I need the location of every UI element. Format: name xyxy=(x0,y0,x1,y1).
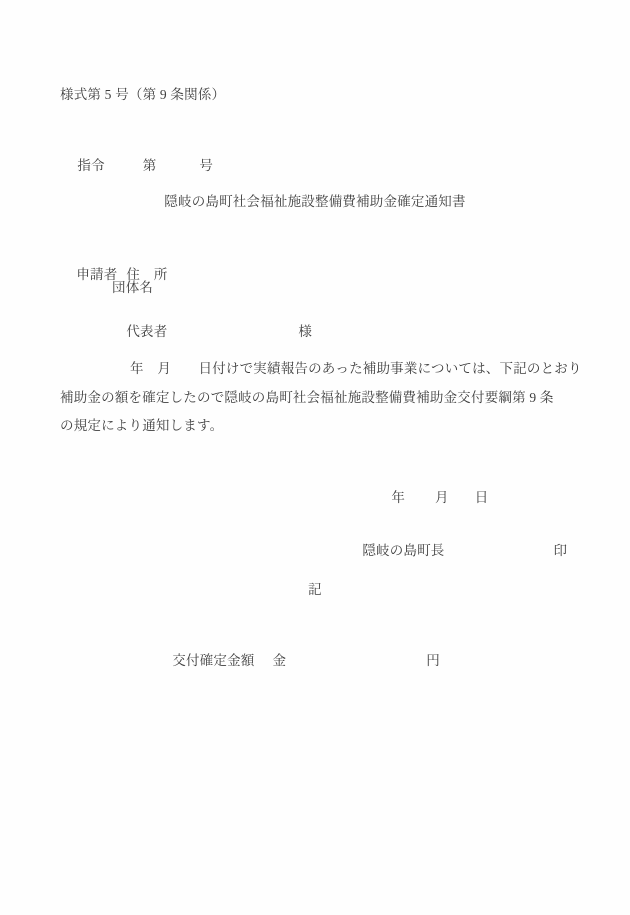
issue-date-year-label: 年 xyxy=(391,490,405,505)
document-page: 様式第 5 号（第 9 条関係） 指令第号 隠岐の島町社会福祉施設整備費補助金確… xyxy=(0,0,630,915)
applicant-organization-row: 団体名 xyxy=(112,280,153,296)
confirmed-amount-label: 交付確定金額 xyxy=(172,653,254,668)
amount-currency-suffix: 円 xyxy=(426,653,440,669)
applicant-honorific: 様 xyxy=(298,324,312,340)
body-paragraph-line3: の規定により通知します。 xyxy=(60,418,223,434)
signer-title: 隠岐の島町長 xyxy=(362,543,444,558)
issue-date-day-label: 日 xyxy=(475,490,489,506)
body-paragraph-line1: 年 月 日付けで実績報告のあった補助事業については、下記のとおり xyxy=(60,361,582,377)
amount-currency-prefix: 金 xyxy=(273,653,287,669)
signer-line: 隠岐の島町長印 xyxy=(348,527,567,576)
issue-date-line: 年月日 xyxy=(377,474,488,523)
directive-number-suffix: 号 xyxy=(199,158,213,174)
issue-date-month-label: 月 xyxy=(435,490,449,506)
applicant-representative-row: 代表者様 xyxy=(112,308,312,357)
seal-mark: 印 xyxy=(554,543,568,559)
directive-number-prefix: 第 xyxy=(143,158,157,174)
applicant-representative-label: 代表者 xyxy=(126,324,167,339)
body-paragraph-line2: 補助金の額を確定したので隠岐の島町社会福祉施設整備費補助金交付要綱第 9 条 xyxy=(60,390,554,406)
confirmed-amount-line: 交付確定金額金円 xyxy=(158,637,440,686)
section-marker: 記 xyxy=(0,582,630,598)
document-title: 隠岐の島町社会福祉施設整備費補助金確定通知書 xyxy=(0,194,630,210)
directive-number-line: 指令第号 xyxy=(63,142,213,191)
form-number: 様式第 5 号（第 9 条関係） xyxy=(60,87,225,103)
directive-label: 指令 xyxy=(77,158,104,173)
